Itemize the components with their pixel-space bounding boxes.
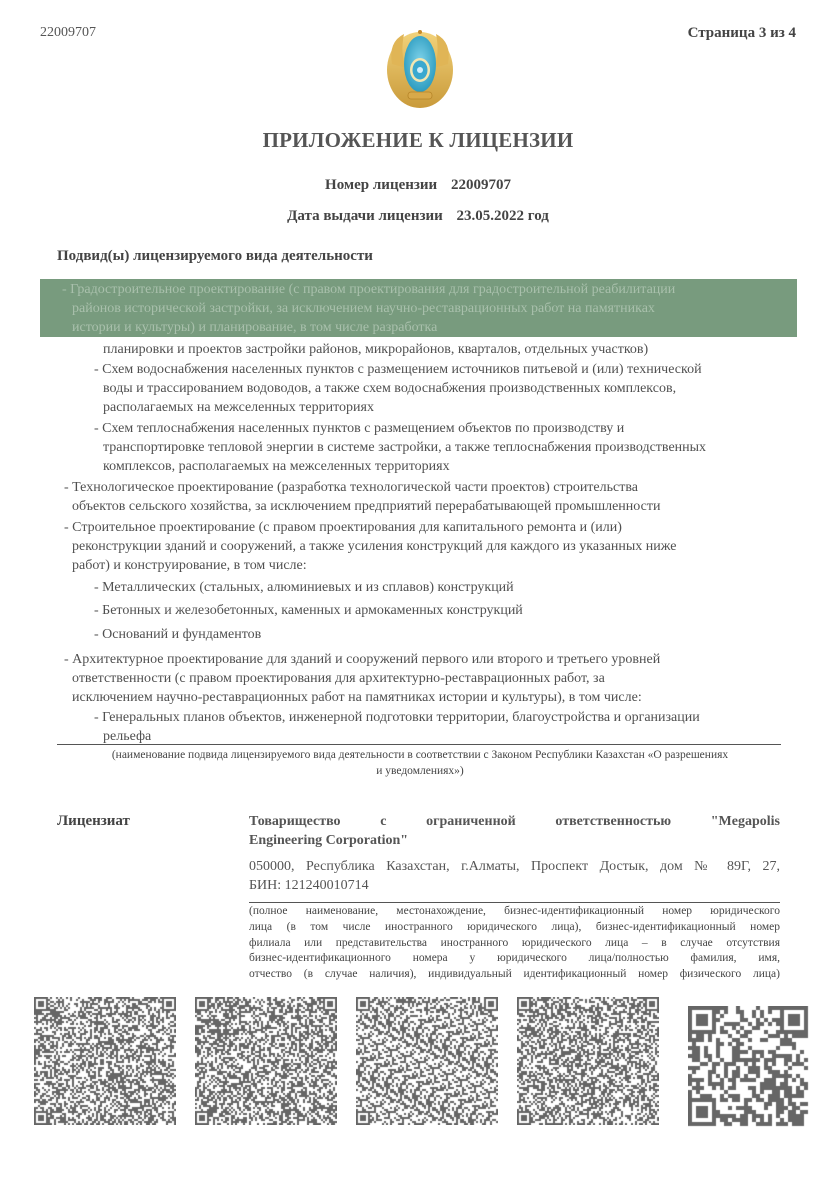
activity-line: - Металлических (стальных, алюминиевых и… — [94, 578, 514, 597]
activity-line: ответственности (с правом проектирования… — [72, 669, 605, 688]
page-title: ПРИЛОЖЕНИЕ К ЛИЦЕНЗИИ — [0, 128, 836, 153]
activity-line: комплексов, располагаемых на межселенных… — [103, 457, 450, 476]
page-indicator: Страница 3 из 4 — [688, 25, 796, 42]
activities-note: (наименование подвида лицензируемого вид… — [40, 747, 800, 779]
licensee-note-line: отчество (в случае наличия), индивидуаль… — [249, 967, 780, 983]
license-date-label: Дата выдачи лицензии — [287, 208, 443, 224]
subtypes-heading: Подвид(ы) лицензируемого вида деятельнос… — [57, 248, 373, 265]
activity-line: работ) и конструирование, в том числе: — [72, 556, 307, 575]
licensee-note-line: (полное наименование, местонахождение, б… — [249, 904, 780, 920]
activity-line: - Строительное проектирование (с правом … — [64, 518, 622, 537]
licensee-address-line: 050000, Республика Казахстан, г.Алматы, … — [249, 857, 780, 876]
licensee-note-line: бизнес-идентификационного номера у юриди… — [249, 951, 780, 967]
activity-line: - Градостроительное проектирование (с пр… — [62, 280, 675, 299]
license-number-row: Номер лицензии 22009707 — [0, 177, 836, 194]
licensee-divider — [249, 902, 780, 903]
licensee-bin: БИН: 121240010714 — [249, 878, 369, 893]
activity-line: - Архитектурное проектирование для здани… — [64, 650, 660, 669]
licensee-name-line: Товарищество с ограниченной ответственно… — [249, 812, 780, 831]
activity-line: транспортировке тепловой энергии в систе… — [103, 438, 706, 457]
activity-line: районов исторической застройки, за исклю… — [72, 299, 655, 318]
activities-note-line: (наименование подвида лицензируемого вид… — [40, 747, 800, 763]
activity-line: истории и культуры) и планирование, в то… — [72, 318, 437, 337]
activity-line: - Схем водоснабжения населенных пунктов … — [94, 360, 702, 379]
license-date-row: Дата выдачи лицензии 23.05.2022 год — [0, 208, 836, 225]
activity-line: - Генеральных планов объектов, инженерно… — [94, 708, 700, 727]
activity-line: планировки и проектов застройки районов,… — [103, 340, 648, 359]
activity-line: - Технологическое проектирование (разраб… — [64, 478, 638, 497]
qr-code-icon — [688, 1006, 809, 1127]
qr-code-icon — [356, 997, 498, 1125]
qr-code-icon — [517, 997, 659, 1125]
qr-code-icon — [34, 997, 176, 1125]
activity-line: - Бетонных и железобетонных, каменных и … — [94, 601, 523, 620]
licensee-name-line: Engineering Corporation" — [249, 833, 408, 848]
qr-code-icon — [195, 997, 337, 1125]
license-number-value: 22009707 — [451, 177, 511, 193]
activity-line: располагаемых на межселенных территориях — [103, 398, 374, 417]
state-emblem-icon — [382, 24, 458, 112]
license-number-label: Номер лицензии — [325, 177, 437, 193]
activity-line: воды и трассированием водоводов, а также… — [103, 379, 676, 398]
licensee-address: 050000, Республика Казахстан, г.Алматы, … — [249, 857, 780, 895]
activity-line: исключением научно-реставрационных работ… — [72, 688, 642, 707]
activities-divider — [57, 744, 781, 745]
header-doc-number: 22009707 — [40, 25, 96, 41]
licensee-note-line: лица (в том числе иностранного юридическ… — [249, 920, 780, 936]
activity-line: - Оснований и фундаментов — [94, 625, 261, 644]
licensee-note-line: филиала или представительства иностранно… — [249, 936, 780, 952]
licensee-name: Товарищество с ограниченной ответственно… — [249, 812, 780, 850]
licensee-note: (полное наименование, местонахождение, б… — [249, 904, 780, 983]
activity-line: реконструкции зданий и сооружений, а так… — [72, 537, 676, 556]
licensee-label: Лицензиат — [57, 813, 130, 830]
activities-note-line: и уведомлениях») — [40, 763, 800, 779]
activity-line: объектов сельского хозяйства, за исключе… — [72, 497, 660, 516]
license-date-value: 23.05.2022 год — [457, 208, 549, 224]
activity-line: - Схем теплоснабжения населенных пунктов… — [94, 419, 624, 438]
highlighted-activity: - Градостроительное проектирование (с пр… — [40, 279, 797, 337]
